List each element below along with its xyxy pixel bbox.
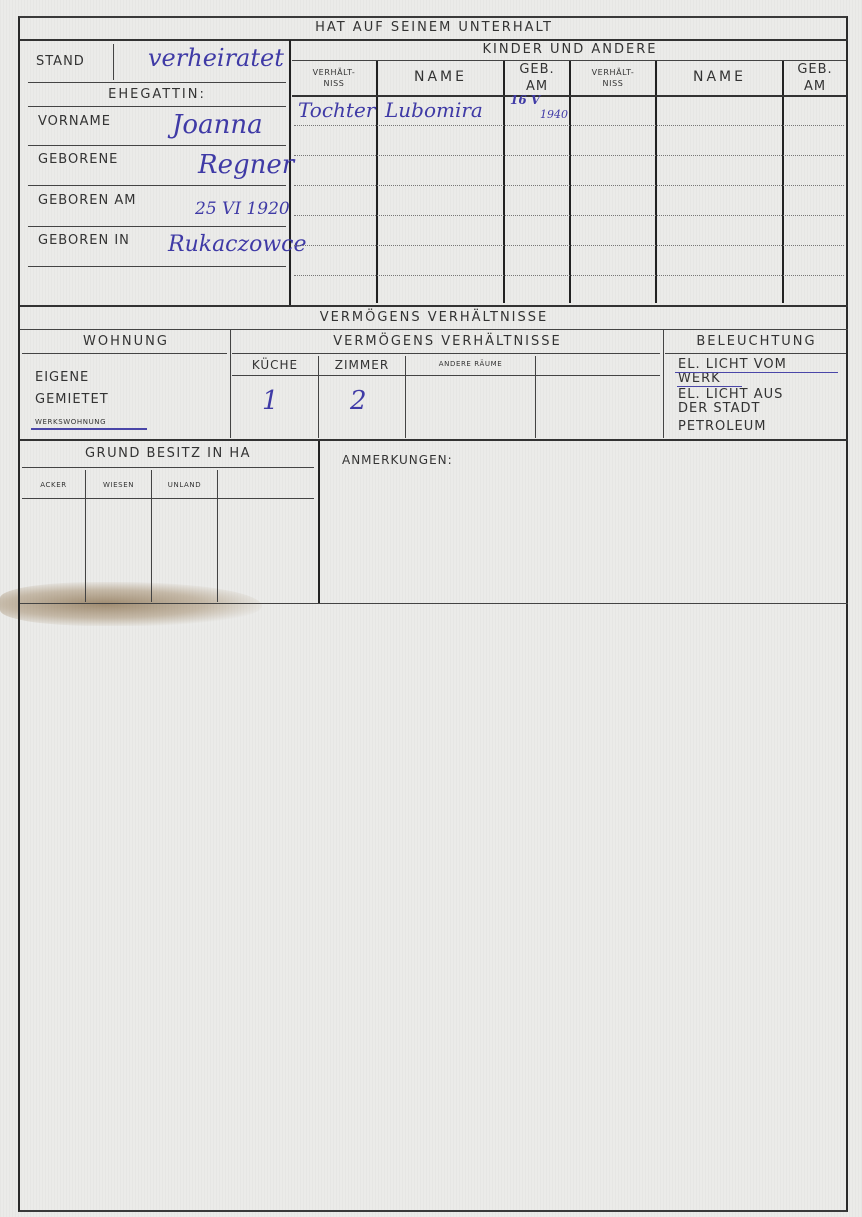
selection-underline bbox=[675, 372, 838, 373]
kind-name[interactable]: Lubomira bbox=[385, 98, 483, 122]
row-line bbox=[294, 275, 844, 276]
raeume-heading: VERMÖGENS VERHÄLTNISSE bbox=[232, 334, 663, 349]
column-header-wiesen: WIESEN bbox=[86, 481, 151, 489]
divider bbox=[665, 353, 846, 354]
divider bbox=[28, 106, 286, 107]
wohnung-option-gemietet[interactable]: GEMIETET bbox=[35, 392, 109, 407]
column-header-geb-am: GEB. AM bbox=[505, 61, 569, 95]
row-line bbox=[294, 215, 844, 216]
divider bbox=[376, 61, 378, 303]
anmerkungen-label: ANMERKUNGEN: bbox=[342, 453, 453, 467]
row-line bbox=[294, 125, 844, 126]
row-line bbox=[294, 155, 844, 156]
divider bbox=[503, 61, 505, 303]
beleuchtung-option-petroleum[interactable]: PETROLEUM bbox=[678, 419, 766, 434]
divider bbox=[20, 439, 848, 441]
column-header-andere-raeume: ANDERE RÄUME bbox=[406, 360, 535, 368]
column-header-geb-am-2: GEB. AM bbox=[784, 61, 846, 95]
selection-underline bbox=[31, 428, 147, 430]
geboren-am-label: GEBOREN AM bbox=[38, 193, 136, 208]
divider bbox=[569, 61, 571, 303]
geboren-in-value[interactable]: Rukaczowce bbox=[168, 232, 307, 257]
kind-verhaeltniss[interactable]: Tochter bbox=[298, 98, 375, 122]
column-header-kueche: KÜCHE bbox=[232, 358, 318, 372]
divider bbox=[20, 305, 848, 307]
column-header-zimmer: ZIMMER bbox=[319, 358, 405, 372]
column-header-verhaeltniss-2: VERHÄLT- NISS bbox=[571, 67, 655, 89]
kind-geb-am-day[interactable]: 16 V bbox=[510, 93, 540, 107]
beleuchtung-heading: BELEUCHTUNG bbox=[665, 334, 848, 349]
kueche-value[interactable]: 1 bbox=[262, 386, 279, 416]
column-header-verhaeltniss: VERHÄLT- NISS bbox=[292, 67, 376, 89]
form-frame bbox=[18, 16, 848, 1212]
option-line: EL. LICHT VOM bbox=[678, 357, 787, 372]
divider bbox=[28, 226, 286, 227]
stand-value[interactable]: verheiratet bbox=[148, 44, 284, 72]
divider bbox=[217, 470, 218, 602]
column-header-acker: ACKER bbox=[22, 481, 85, 489]
divider bbox=[20, 39, 848, 41]
divider bbox=[232, 353, 660, 354]
stand-label: STAND bbox=[36, 54, 85, 69]
column-header-name-2: NAME bbox=[657, 69, 782, 85]
column-header-name: NAME bbox=[378, 69, 503, 85]
divider bbox=[28, 145, 286, 146]
anmerkungen-field[interactable] bbox=[322, 470, 844, 600]
divider bbox=[20, 603, 848, 604]
divider bbox=[85, 470, 86, 602]
vorname-label: VORNAME bbox=[38, 114, 111, 129]
divider bbox=[292, 95, 846, 97]
wohnung-option-werkswohnung[interactable]: WERKSWOHNUNG bbox=[35, 418, 106, 426]
divider bbox=[151, 470, 152, 602]
option-line: DER STADT bbox=[678, 401, 760, 416]
geboren-in-label: GEBOREN IN bbox=[38, 233, 130, 248]
geborene-value[interactable]: Regner bbox=[198, 150, 294, 180]
grundbesitz-heading: GRUND BESITZ IN HA bbox=[20, 446, 316, 461]
wohnung-option-eigene[interactable]: EIGENE bbox=[35, 370, 89, 385]
divider bbox=[22, 353, 227, 354]
kinder-heading: KINDER UND ANDERE bbox=[292, 42, 848, 57]
ehegattin-heading: EHEGATTIN: bbox=[28, 87, 286, 102]
divider bbox=[28, 266, 286, 267]
divider bbox=[535, 356, 536, 438]
divider bbox=[22, 467, 314, 468]
divider bbox=[28, 185, 286, 186]
vorname-value[interactable]: Joanna bbox=[172, 110, 263, 140]
divider bbox=[113, 44, 114, 80]
divider bbox=[405, 356, 406, 438]
zimmer-value[interactable]: 2 bbox=[350, 386, 367, 416]
row-line bbox=[294, 185, 844, 186]
wohnung-heading: WOHNUNG bbox=[22, 334, 230, 349]
divider bbox=[782, 61, 784, 303]
geboren-am-value[interactable]: 25 VI 1920 bbox=[195, 199, 290, 219]
divider bbox=[318, 441, 320, 603]
form-title: HAT AUF SEINEM UNTERHALT bbox=[20, 20, 848, 35]
geborene-label: GEBORENE bbox=[38, 152, 118, 167]
column-header-unland: UNLAND bbox=[152, 481, 217, 489]
kind-geb-am-year[interactable]: 1940 bbox=[540, 108, 568, 121]
divider bbox=[22, 498, 314, 499]
divider bbox=[232, 375, 660, 376]
divider bbox=[230, 330, 231, 438]
option-line: WERK bbox=[678, 371, 721, 386]
divider bbox=[28, 82, 286, 83]
vermoegen-heading: VERMÖGENS VERHÄLTNISSE bbox=[20, 310, 848, 325]
beleuchtung-option-stadt[interactable]: EL. LICHT AUS DER STADT bbox=[678, 388, 783, 416]
divider bbox=[20, 329, 848, 330]
option-line: EL. LICHT AUS bbox=[678, 387, 783, 402]
divider bbox=[663, 330, 664, 438]
row-line bbox=[294, 245, 844, 246]
document-page: HAT AUF SEINEM UNTERHALT STAND verheirat… bbox=[0, 0, 862, 1217]
divider bbox=[655, 61, 657, 303]
